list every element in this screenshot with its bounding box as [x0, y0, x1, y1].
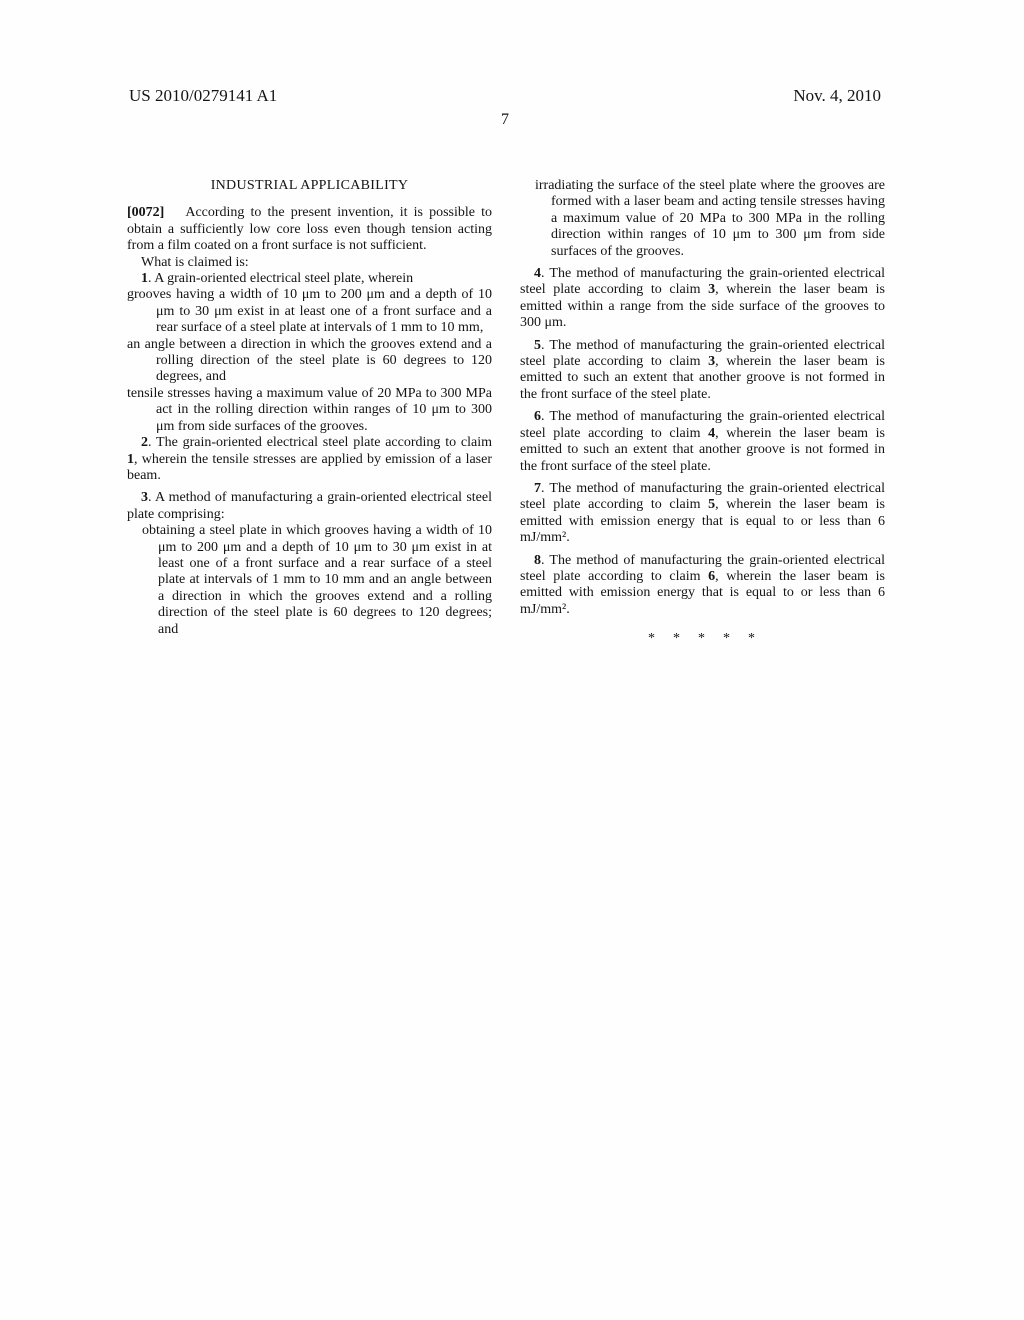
claim-1: 1. A grain-oriented electrical steel pla…	[127, 271, 492, 287]
claim-2: 2. The grain-oriented electrical steel p…	[127, 435, 492, 484]
section-heading: INDUSTRIAL APPLICABILITY	[127, 178, 492, 194]
claims-preamble: What is claimed is:	[127, 255, 492, 271]
claim-6: 6. The method of manufacturing the grain…	[520, 409, 885, 475]
claim-3: 3. A method of manufacturing a grain-ori…	[127, 490, 492, 523]
claim-1-element-angle: an angle between a direction in which th…	[127, 337, 492, 386]
claim-1-element-grooves: grooves having a width of 10 μm to 200 μ…	[127, 287, 492, 336]
end-of-claims-marker: * * * * *	[520, 631, 885, 647]
publication-date: Nov. 4, 2010	[793, 86, 881, 106]
publication-number: US 2010/0279141 A1	[129, 86, 277, 106]
claim-3-step-obtaining: obtaining a steel plate in which grooves…	[127, 523, 492, 638]
paragraph-0072: [0072] According to the present inventio…	[127, 205, 492, 254]
right-column: irradiating the surface of the steel pla…	[520, 178, 885, 648]
claim-3-step-irradiating: irradiating the surface of the steel pla…	[520, 178, 885, 260]
left-column: INDUSTRIAL APPLICABILITY[0072] According…	[127, 178, 492, 638]
claim-4: 4. The method of manufacturing the grain…	[520, 266, 885, 332]
claim-1-element-stress: tensile stresses having a maximum value …	[127, 386, 492, 435]
claim-8: 8. The method of manufacturing the grain…	[520, 553, 885, 619]
page-number: 7	[129, 111, 881, 129]
page-header: US 2010/0279141 A1 Nov. 4, 2010	[129, 86, 881, 106]
patent-document-page: US 2010/0279141 A1 Nov. 4, 2010 7 INDUST…	[0, 0, 1024, 1320]
claim-7: 7. The method of manufacturing the grain…	[520, 481, 885, 547]
claim-5: 5. The method of manufacturing the grain…	[520, 338, 885, 404]
